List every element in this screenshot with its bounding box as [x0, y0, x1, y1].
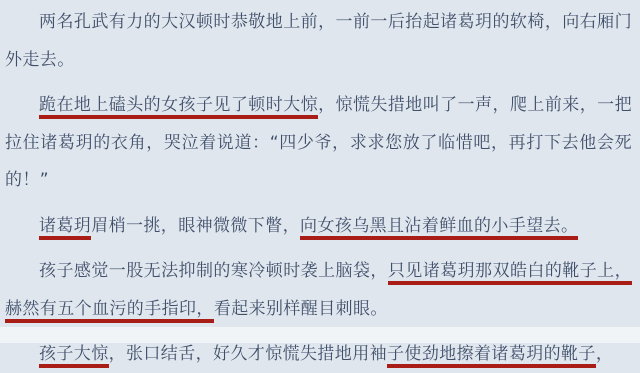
paragraph: 两名孔武有力的大汉顿时恭敬地上前，一前一后抬起诸葛玥的软椅，向右厢门外走去。 — [5, 4, 632, 79]
text-run: 看起来别样醒目刺眼。 — [214, 299, 388, 324]
underlined-text-run: 子使劲地擦着诸葛玥的靴子 — [387, 344, 596, 369]
text-run: 孩子感觉一股无法抑制的寒冷顿时袭上脑袋， — [39, 261, 388, 286]
paragraph: 孩子感觉一股无法抑制的寒冷顿时袭上脑袋，只见诸葛玥那双皓白的靴子上，赫然有五个血… — [5, 253, 632, 328]
novel-page: 两名孔武有力的大汉顿时恭敬地上前，一前一后抬起诸葛玥的软椅，向右厢门外走去。跪在… — [0, 0, 640, 373]
text-run: ， — [596, 344, 613, 369]
text-run: 眉梢一挑，眼神微微下瞥， — [91, 216, 300, 241]
paragraph: 孩子大惊，张口结舌，好久才惊慌失措地用袖子使劲地擦着诸葛玥的靴子， — [5, 336, 632, 373]
text-run: 两名孔武有力的大汉顿时恭敬地上前，一前一后抬起诸葛玥的软椅，向右厢门外走去。 — [5, 12, 632, 75]
underlined-text-run: 向女孩乌黑且沾着鲜血的小手望去。 — [300, 216, 578, 241]
paragraph: 跪在地上磕头的女孩子见了顿时大惊，惊慌失措地叫了一声，爬上前来，一把拉住诸葛玥的… — [5, 87, 632, 200]
underlined-text-run: 跪在地上磕头的女孩子见了顿时大惊 — [39, 95, 318, 120]
paragraph: 诸葛玥眉梢一挑，眼神微微下瞥，向女孩乌黑且沾着鲜血的小手望去。 — [5, 208, 632, 246]
underlined-text-run: 诸葛玥 — [39, 216, 91, 241]
underlined-text-run: 孩子大惊 — [39, 344, 109, 369]
text-run: ，张口结舌，好久才惊慌失措地用袖 — [109, 344, 387, 369]
novel-text: 两名孔武有力的大汉顿时恭敬地上前，一前一后抬起诸葛玥的软椅，向右厢门外走去。跪在… — [5, 4, 632, 373]
